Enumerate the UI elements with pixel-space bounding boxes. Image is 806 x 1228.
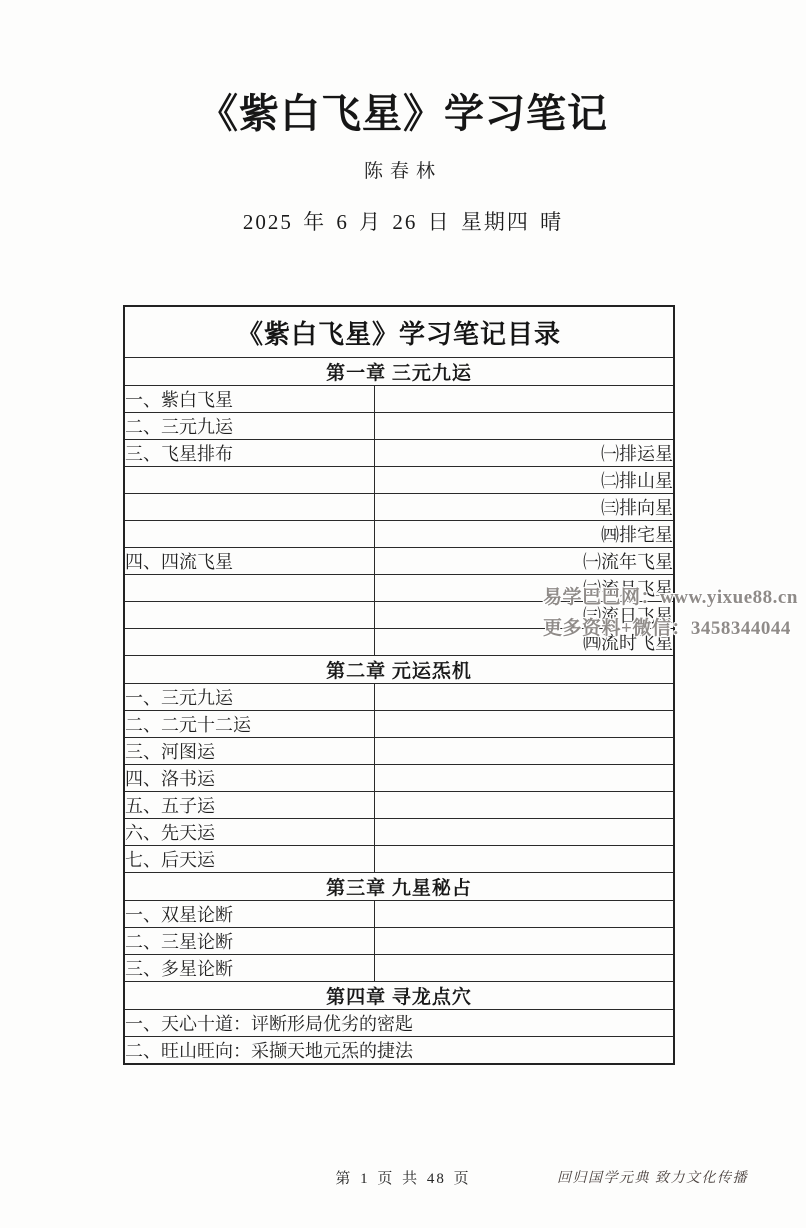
toc-row: 二、旺山旺向：采撷天地元炁的捷法	[124, 1037, 674, 1065]
toc-entry-left	[124, 602, 374, 629]
date-line: 2025 年 6 月 26 日 星期四 晴	[0, 206, 806, 236]
toc-entry-left	[124, 629, 374, 656]
toc-row: 二、三元九运	[124, 413, 674, 440]
toc-entry-left: 二、三元九运	[124, 413, 374, 440]
toc-entry-left: 二、三星论断	[124, 928, 374, 955]
toc-entry-right	[374, 819, 674, 846]
chapter-header-row: 第三章 九星秘占	[124, 873, 674, 901]
toc-entry-right	[374, 901, 674, 928]
watermark: 易学巴巴网：www.yixue88.cn 更多资料+微信：3458344044	[543, 582, 798, 644]
toc-row: 二、二元十二运	[124, 711, 674, 738]
toc-entry-right	[374, 711, 674, 738]
toc-entry-left: 一、紫白飞星	[124, 386, 374, 413]
toc-entry-left: 三、多星论断	[124, 955, 374, 982]
toc-entry-left: 三、飞星排布	[124, 440, 374, 467]
toc-row: 一、三元九运	[124, 684, 674, 711]
toc-entry-right: ㈠流年飞星	[374, 548, 674, 575]
chapter-title: 第四章 寻龙点穴	[124, 982, 674, 1010]
footer-slogan: 回归国学元典 致力文化传播	[557, 1167, 748, 1187]
toc-row: 三、飞星排布㈠排运星	[124, 440, 674, 467]
toc-row: ㈢排向星	[124, 494, 674, 521]
chapter-header-row: 第二章 元运炁机	[124, 656, 674, 684]
toc-entry-right	[374, 413, 674, 440]
toc-entry-left: 六、先天运	[124, 819, 374, 846]
toc-table: 《紫白飞星》学习笔记目录 第一章 三元九运一、紫白飞星二、三元九运三、飞星排布㈠…	[123, 305, 675, 1065]
toc-entry-right	[374, 955, 674, 982]
toc-entry-right	[374, 386, 674, 413]
chapter-title: 第二章 元运炁机	[124, 656, 674, 684]
toc-entry-right	[374, 846, 674, 873]
toc-entry-right: ㈡排山星	[374, 467, 674, 494]
toc-row: 七、后天运	[124, 846, 674, 873]
toc-row: 一、紫白飞星	[124, 386, 674, 413]
toc-row: 四、四流飞星㈠流年飞星	[124, 548, 674, 575]
page-title: 《紫白飞星》学习笔记	[0, 82, 806, 139]
toc-entry-left: 二、二元十二运	[124, 711, 374, 738]
toc-row: ㈡排山星	[124, 467, 674, 494]
chapter-title: 第一章 三元九运	[124, 358, 674, 386]
toc-row: 六、先天运	[124, 819, 674, 846]
toc-entry-right	[374, 738, 674, 765]
toc-entry-right: ㈢排向星	[374, 494, 674, 521]
chapter-title: 第三章 九星秘占	[124, 873, 674, 901]
toc-title-row: 《紫白飞星》学习笔记目录	[124, 306, 674, 358]
toc-entry-right	[374, 928, 674, 955]
toc-row: 一、双星论断	[124, 901, 674, 928]
toc-entry-left: 一、三元九运	[124, 684, 374, 711]
toc-entry-right	[374, 765, 674, 792]
toc-row: 二、三星论断	[124, 928, 674, 955]
toc-entry-left: 四、洛书运	[124, 765, 374, 792]
toc-entry: 一、天心十道：评断形局优劣的密匙	[124, 1010, 674, 1037]
toc-entry-left	[124, 575, 374, 602]
toc-row: 一、天心十道：评断形局优劣的密匙	[124, 1010, 674, 1037]
toc-entry-right: ㈣排宅星	[374, 521, 674, 548]
author-name: 陈春林	[0, 156, 806, 183]
toc-row: ㈣排宅星	[124, 521, 674, 548]
chapter-header-row: 第一章 三元九运	[124, 358, 674, 386]
watermark-line-wechat: 更多资料+微信：3458344044	[543, 613, 798, 644]
toc-entry-left: 一、双星论断	[124, 901, 374, 928]
toc-entry-left: 四、四流飞星	[124, 548, 374, 575]
watermark-line-site: 易学巴巴网：www.yixue88.cn	[543, 582, 798, 613]
toc-row: 四、洛书运	[124, 765, 674, 792]
toc-entry-left: 七、后天运	[124, 846, 374, 873]
toc-entry-right	[374, 684, 674, 711]
toc-entry-left: 三、河图运	[124, 738, 374, 765]
toc-row: 三、河图运	[124, 738, 674, 765]
toc-entry-right: ㈠排运星	[374, 440, 674, 467]
toc-entry-right	[374, 792, 674, 819]
toc-entry: 二、旺山旺向：采撷天地元炁的捷法	[124, 1037, 674, 1065]
toc-title: 《紫白飞星》学习笔记目录	[124, 306, 674, 358]
chapter-header-row: 第四章 寻龙点穴	[124, 982, 674, 1010]
toc-entry-left: 五、五子运	[124, 792, 374, 819]
toc-entry-left	[124, 467, 374, 494]
toc-row: 三、多星论断	[124, 955, 674, 982]
toc-entry-left	[124, 494, 374, 521]
toc-entry-left	[124, 521, 374, 548]
toc-row: 五、五子运	[124, 792, 674, 819]
